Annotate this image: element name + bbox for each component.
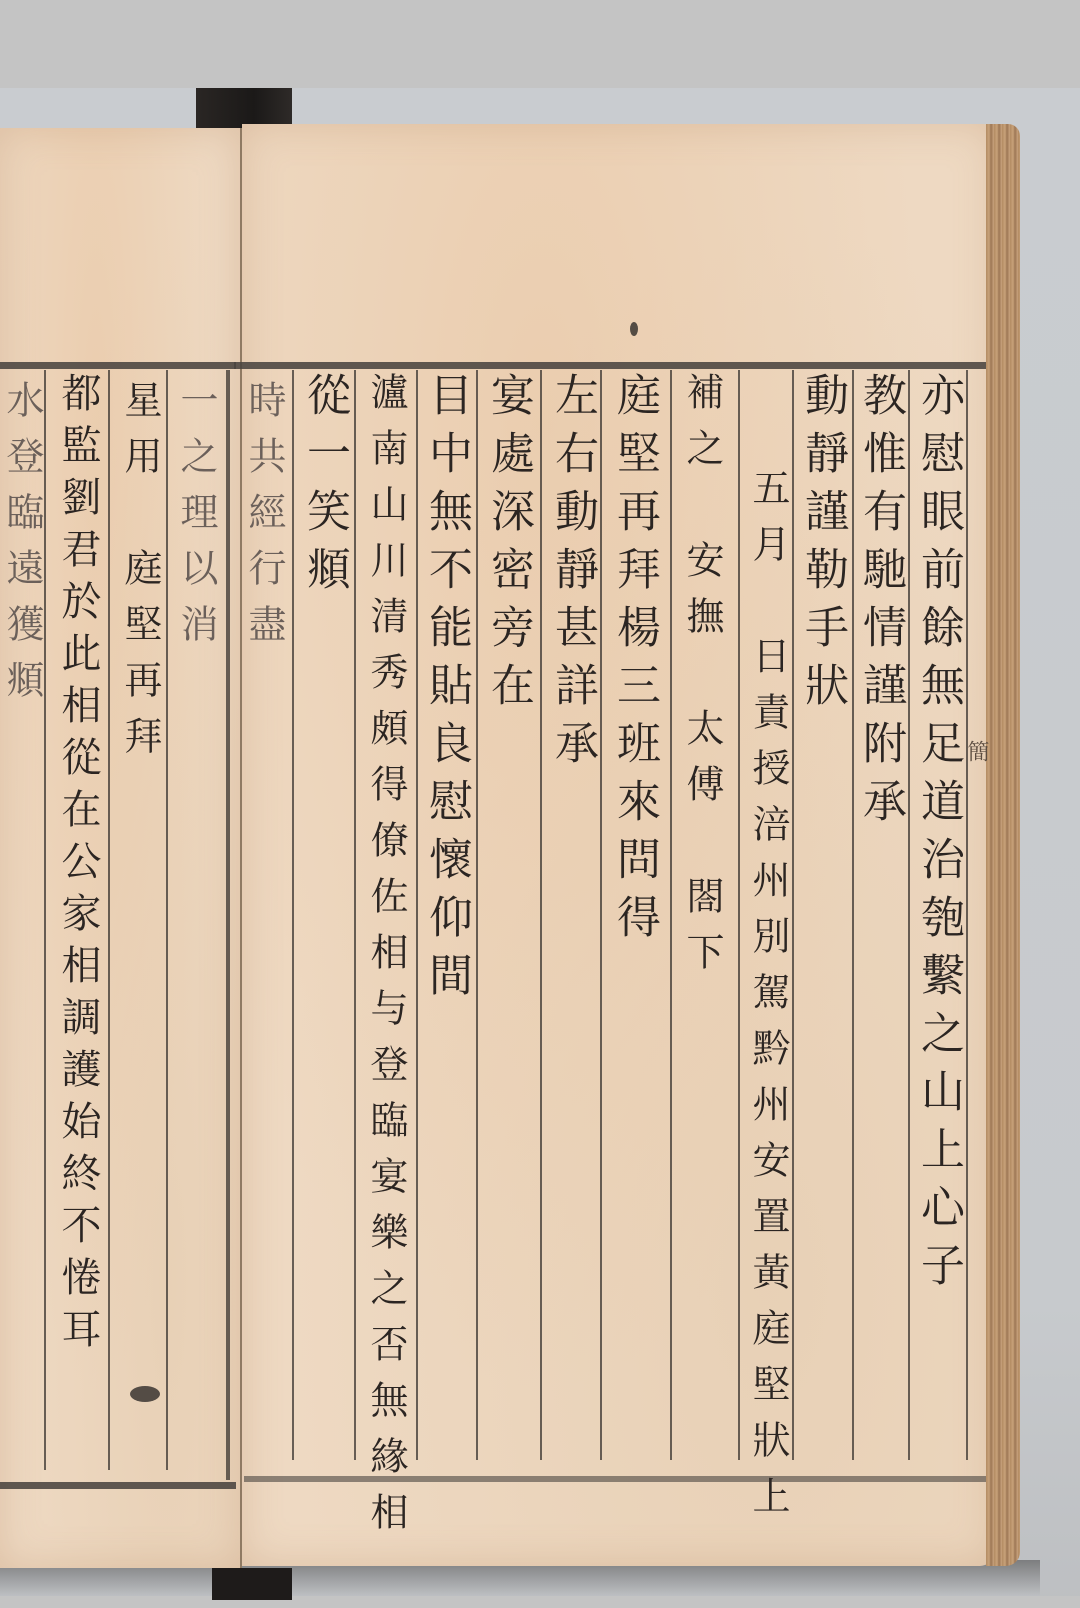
text-column: 一之理以消: [168, 380, 224, 660]
text-column: 亦慰眼前餘無足道治匏繫之山上心子: [910, 372, 966, 1300]
text-column: 都監劉君於此相從在公家相調護始終不惓耳: [50, 372, 106, 1360]
left-page: [0, 128, 242, 1568]
text-column: 從一笑頫: [296, 372, 352, 604]
text-column: 左右動靜甚詳承: [544, 372, 600, 778]
text-column: 瀘南山川清秀頗得僚佐相与登臨宴樂之否無緣相: [358, 372, 414, 1548]
text-column: 宴處深密旁在: [480, 372, 536, 720]
text-column: 星用 庭堅再拜: [112, 380, 168, 772]
text-column: 五月 日責授涪州別駕黔州安置黃庭堅狀上: [740, 468, 796, 1532]
text-column: 動靜謹勒手狀: [794, 372, 850, 720]
bookmark-ribbon-end: [212, 1568, 292, 1600]
column-divider: [670, 370, 672, 1460]
column-divider: [966, 370, 968, 1460]
bottom-border-rule: [244, 1476, 986, 1482]
column-divider: [292, 370, 294, 1460]
ink-blot: [130, 1386, 160, 1402]
bottom-band: [0, 1596, 1080, 1608]
text-column: 教惟有馳情謹附承: [852, 372, 908, 836]
text-column: 補之 安撫 太傅 閤下: [674, 372, 730, 988]
column-divider: [476, 370, 478, 1460]
fore-edge: [986, 124, 1020, 1566]
text-column: 目中無不能貼良慰懷仰間: [418, 372, 474, 1010]
text-column: 時共經行盡: [236, 380, 292, 660]
ink-blot: [630, 322, 638, 336]
top-border-rule: [234, 362, 986, 369]
top-border-rule-left: [0, 362, 236, 369]
column-divider: [108, 370, 110, 1470]
column-divider: [600, 370, 602, 1460]
column-divider: [354, 370, 356, 1460]
bottom-border-rule-left: [0, 1482, 236, 1489]
text-column: 水登臨遠獲頫: [0, 380, 50, 716]
page-inner-border: [226, 370, 230, 1480]
column-divider: [540, 370, 542, 1460]
text-column: 庭堅再拜楊三班來問得: [606, 372, 662, 952]
